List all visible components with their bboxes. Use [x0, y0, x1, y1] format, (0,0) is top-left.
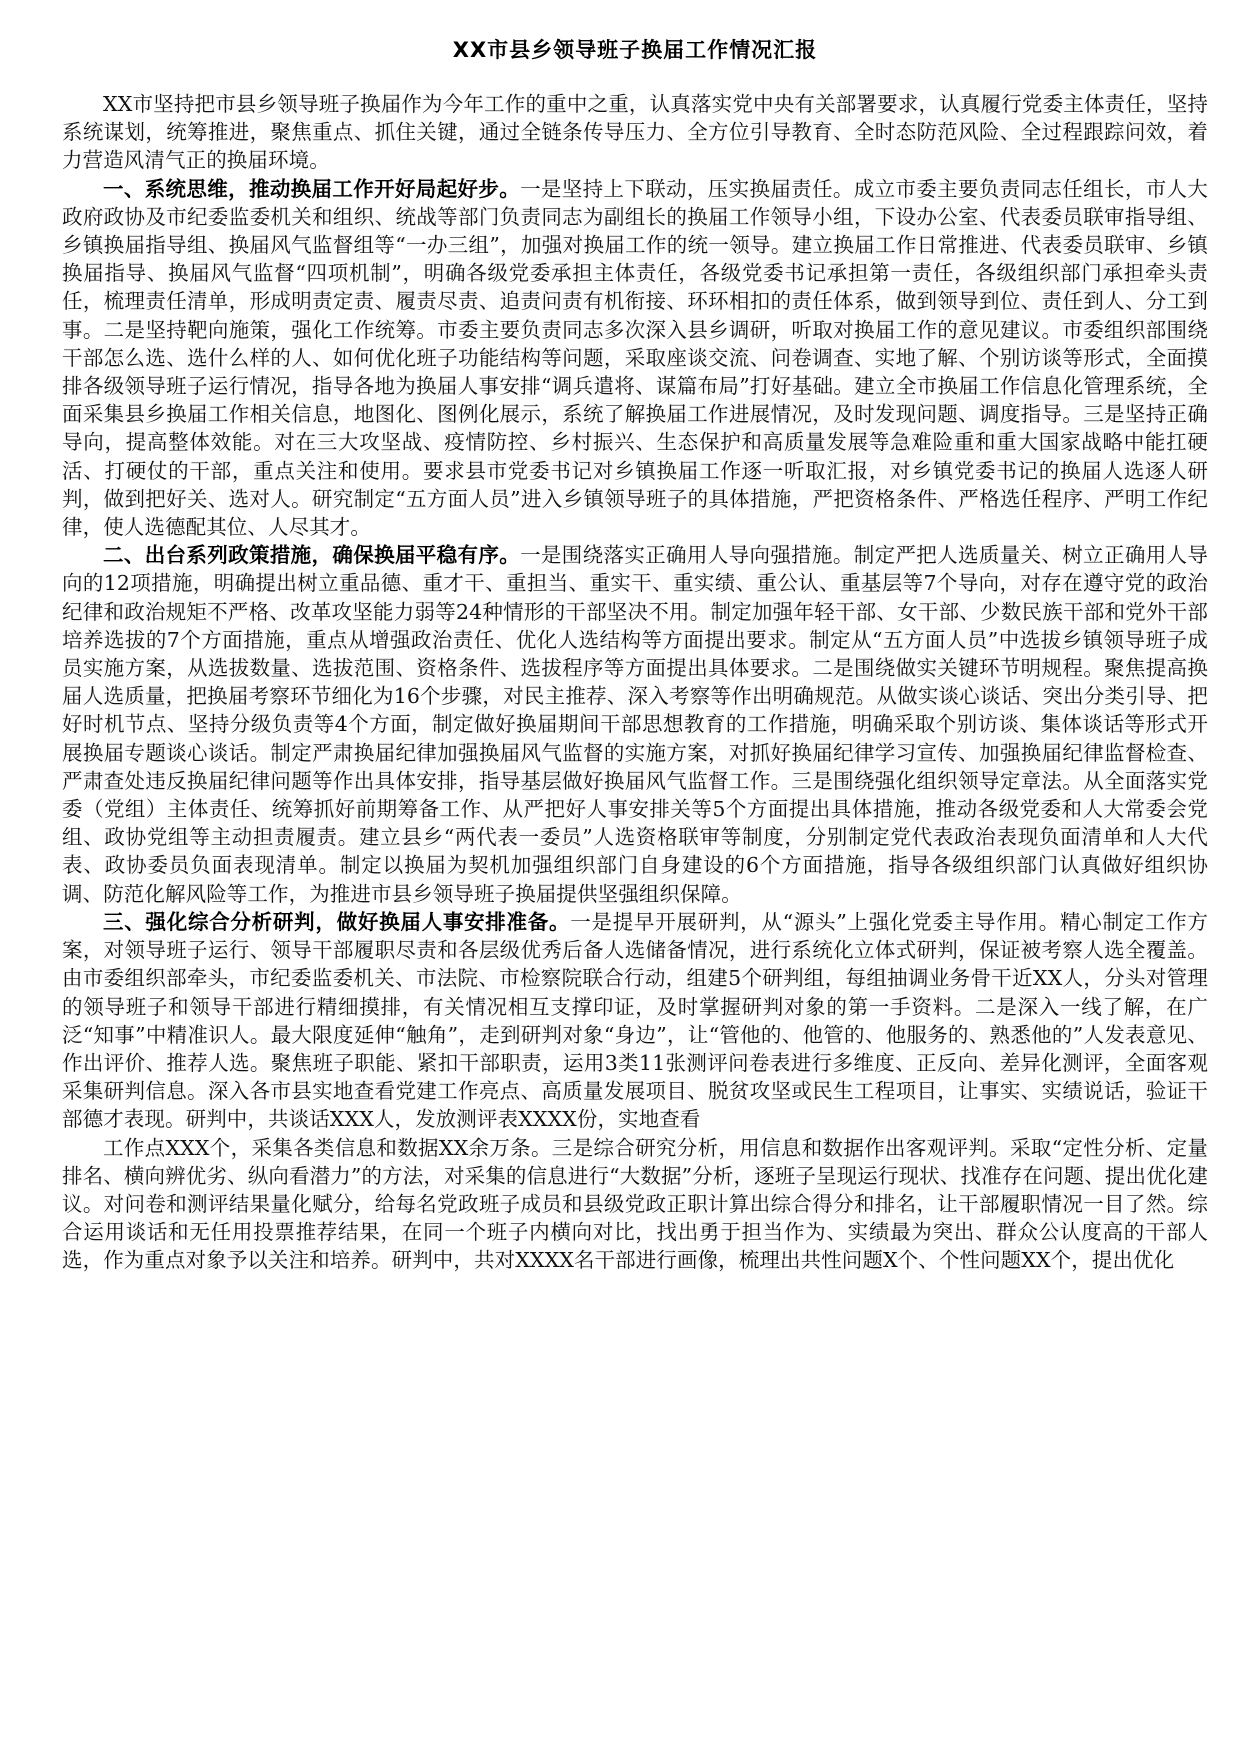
section-2-heading: 二、出台系列政策措施，确保换届平稳有序。	[103, 543, 520, 567]
section-2-paragraph: 二、出台系列政策措施，确保换届平稳有序。一是围绕落实正确用人导向强措施。制定严把…	[62, 541, 1208, 908]
section-1-text: 一是坚持上下联动，压实换届责任。成立市委主要负责同志任组长，市人大政府政协及市纪…	[62, 177, 1208, 539]
intro-paragraph-text: XX市坚持把市县乡领导班子换届作为今年工作的重中之重，认真落实党中央有关部署要求…	[62, 92, 1208, 172]
section-3-continuation-text: 工作点XXX个，采集各类信息和数据XX余万条。三是综合研究分析，用信息和数据作出…	[62, 1136, 1208, 1273]
section-1-paragraph: 一、系统思维，推动换届工作开好局起好步。一是坚持上下联动，压实换届责任。成立市委…	[62, 175, 1208, 542]
section-1-heading: 一、系统思维，推动换届工作开好局起好步。	[103, 177, 520, 201]
section-2-text: 一是围绕落实正确用人导向强措施。制定严把人选质量关、树立正确用人导向的12项措施…	[62, 543, 1208, 905]
document-title: XX市县乡领导班子换届工作情况汇报	[62, 0, 1208, 64]
section-3-text: 一是提早开展研判，从“源头”上强化党委主导作用。精心制定工作方案，对领导班子运行…	[62, 910, 1208, 1131]
section-3-continuation-paragraph: 工作点XXX个，采集各类信息和数据XX余万条。三是综合研究分析，用信息和数据作出…	[62, 1134, 1208, 1275]
section-3-heading: 三、强化综合分析研判，做好换届人事安排准备。	[103, 910, 570, 934]
document-page: XX市县乡领导班子换届工作情况汇报 XX市坚持把市县乡领导班子换届作为今年工作的…	[62, 0, 1208, 1275]
section-3-paragraph: 三、强化综合分析研判，做好换届人事安排准备。一是提早开展研判，从“源头”上强化党…	[62, 908, 1208, 1134]
intro-paragraph: XX市坚持把市县乡领导班子换届作为今年工作的重中之重，认真落实党中央有关部署要求…	[62, 90, 1208, 175]
document-body: XX市坚持把市县乡领导班子换届作为今年工作的重中之重，认真落实党中央有关部署要求…	[62, 90, 1208, 1275]
